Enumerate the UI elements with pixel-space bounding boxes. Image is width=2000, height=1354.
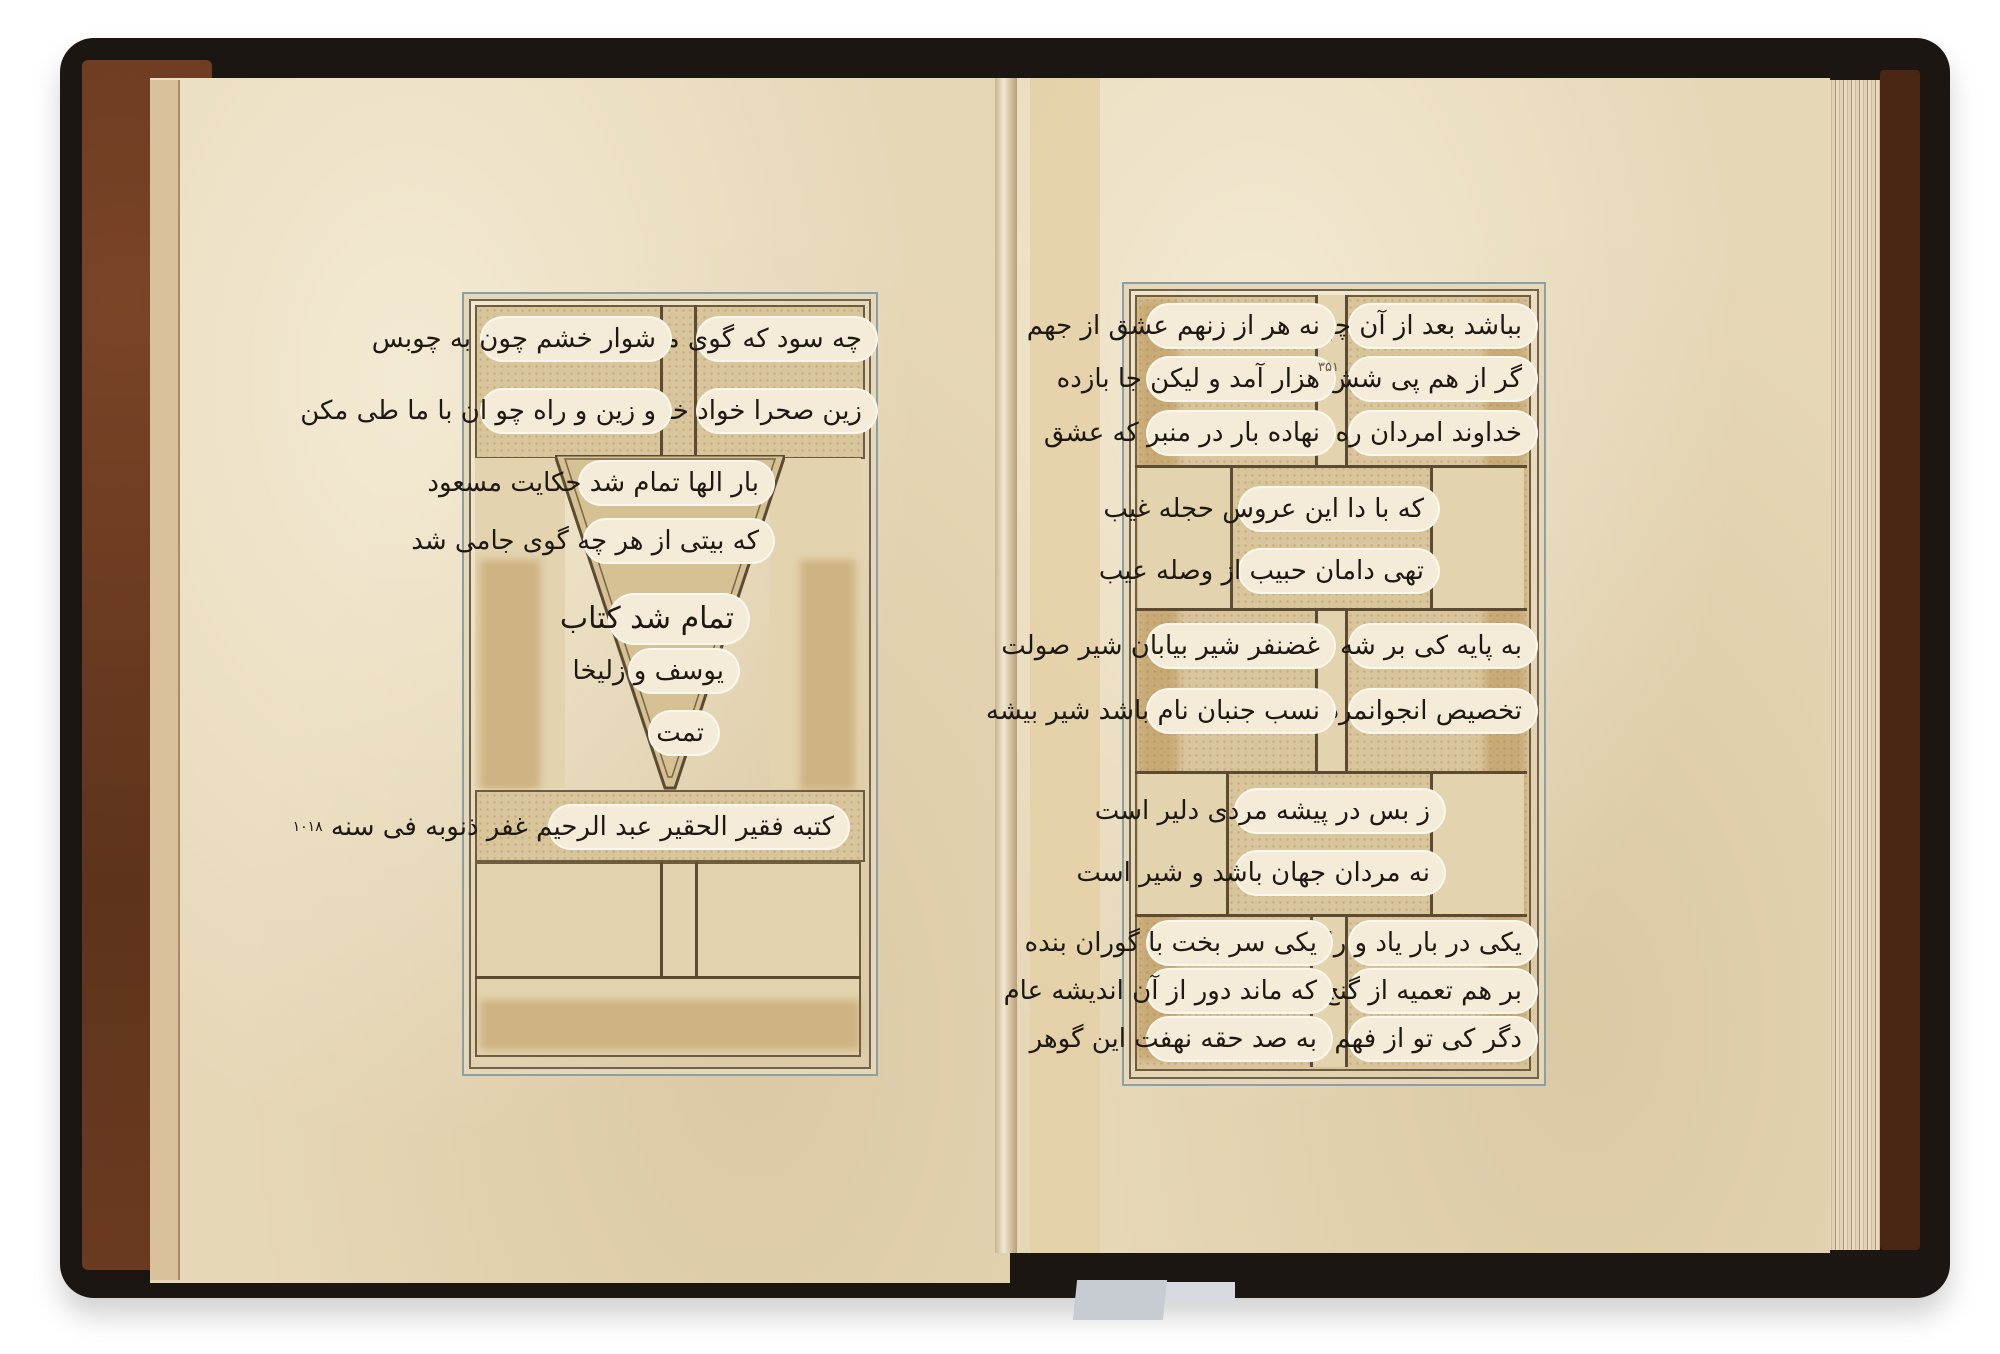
verse-line: شوار خشم چون به چوبس — [482, 318, 670, 360]
verse-line: غضنفر شیر بیابان شیر صولت — [1148, 625, 1334, 667]
verse-line: نه هر از زنهم عشق از جهم — [1148, 305, 1334, 347]
verse-line: و زین و راه چو ان با ما طی مکن — [482, 390, 670, 432]
verse-line: تخصیص انجوانمردی کش بزرگ — [1350, 690, 1536, 732]
verse-line: خداوند امردان ره عشق — [1350, 412, 1536, 454]
verse-line: ز بس در پیشه مردی دلیر است — [1236, 790, 1444, 832]
folio-number: ۳۵۱ — [1318, 360, 1339, 375]
verse-line: که با دا این عروس حجله غیب — [1240, 488, 1438, 530]
verse-line: به پایه کی بر شه و ارکان دولت — [1350, 625, 1536, 667]
colophon-line: بار الها تمام شد حکایت مسعود — [580, 462, 773, 504]
colophon-line: تمام شد کتاب — [610, 595, 748, 643]
empty-panel-divider — [695, 862, 698, 977]
colophon-line: که بیتی از هر چه گوی جامی شد — [585, 520, 773, 562]
verse-line: نه مردان جهان باشد و شیر است — [1236, 852, 1444, 894]
water-stain — [480, 1000, 860, 1050]
verse-line: یکی سر بخت با گوران بنده — [1148, 922, 1331, 964]
colophon-line: تمت — [650, 712, 718, 754]
empty-panel-divider — [660, 862, 663, 977]
verse-line: دگر کی تو از فهم وادی — [1350, 1018, 1536, 1060]
verse-line: نسب جنبان نام باشد شیر بیشه — [1148, 690, 1334, 732]
verse-line: گر از هم پی شش اشماره — [1350, 358, 1536, 400]
left-page-edge — [150, 80, 180, 1280]
repair-guard-strip — [1030, 78, 1100, 1253]
verse-line: به صد حقه نهفت این گوهر — [1148, 1018, 1331, 1060]
scribe-year: ۱۰۱۸ — [293, 819, 323, 835]
verse-line: که ماند دور از آن اندیشه عام — [1148, 970, 1331, 1012]
water-stain — [480, 560, 540, 790]
scribe-text: کتبه فقیر الحقیر عبد الرحیم غفر ذنوبه فی… — [331, 812, 834, 842]
verse-line: نهاده بار در منبر که عشق — [1148, 412, 1334, 454]
leather-doublure-right — [1880, 70, 1920, 1250]
empty-panel-hline — [475, 976, 861, 979]
side-blank — [1432, 468, 1524, 608]
verse-line: چه سود که گوی مکن چو چاه س — [698, 318, 876, 360]
verse-line: زین صحرا خواد خونی مکن — [698, 390, 876, 432]
bookmark-tab — [1073, 1280, 1167, 1320]
scribe-signature: کتبه فقیر الحقیر عبد الرحیم غفر ذنوبه فی… — [550, 806, 848, 848]
verse-line: بر هم تعمیه از گنج دانش نام — [1350, 970, 1536, 1012]
verse-line: هزار آمد و لیکن جا بازده — [1148, 358, 1334, 400]
verse-line: تهی دامان حبیب از وصله عیب — [1240, 550, 1438, 592]
book-gutter — [995, 78, 1017, 1253]
colophon-line: یوسف و زلیخا — [630, 650, 738, 692]
bookmark-tab-back — [1165, 1282, 1235, 1304]
verse-line: بباشد بعد از آن چپال مجدد — [1350, 305, 1536, 347]
verse-line: یکی در بار یاد و ران کنند ده — [1350, 922, 1536, 964]
water-stain — [800, 560, 855, 790]
side-blank — [1432, 774, 1524, 914]
